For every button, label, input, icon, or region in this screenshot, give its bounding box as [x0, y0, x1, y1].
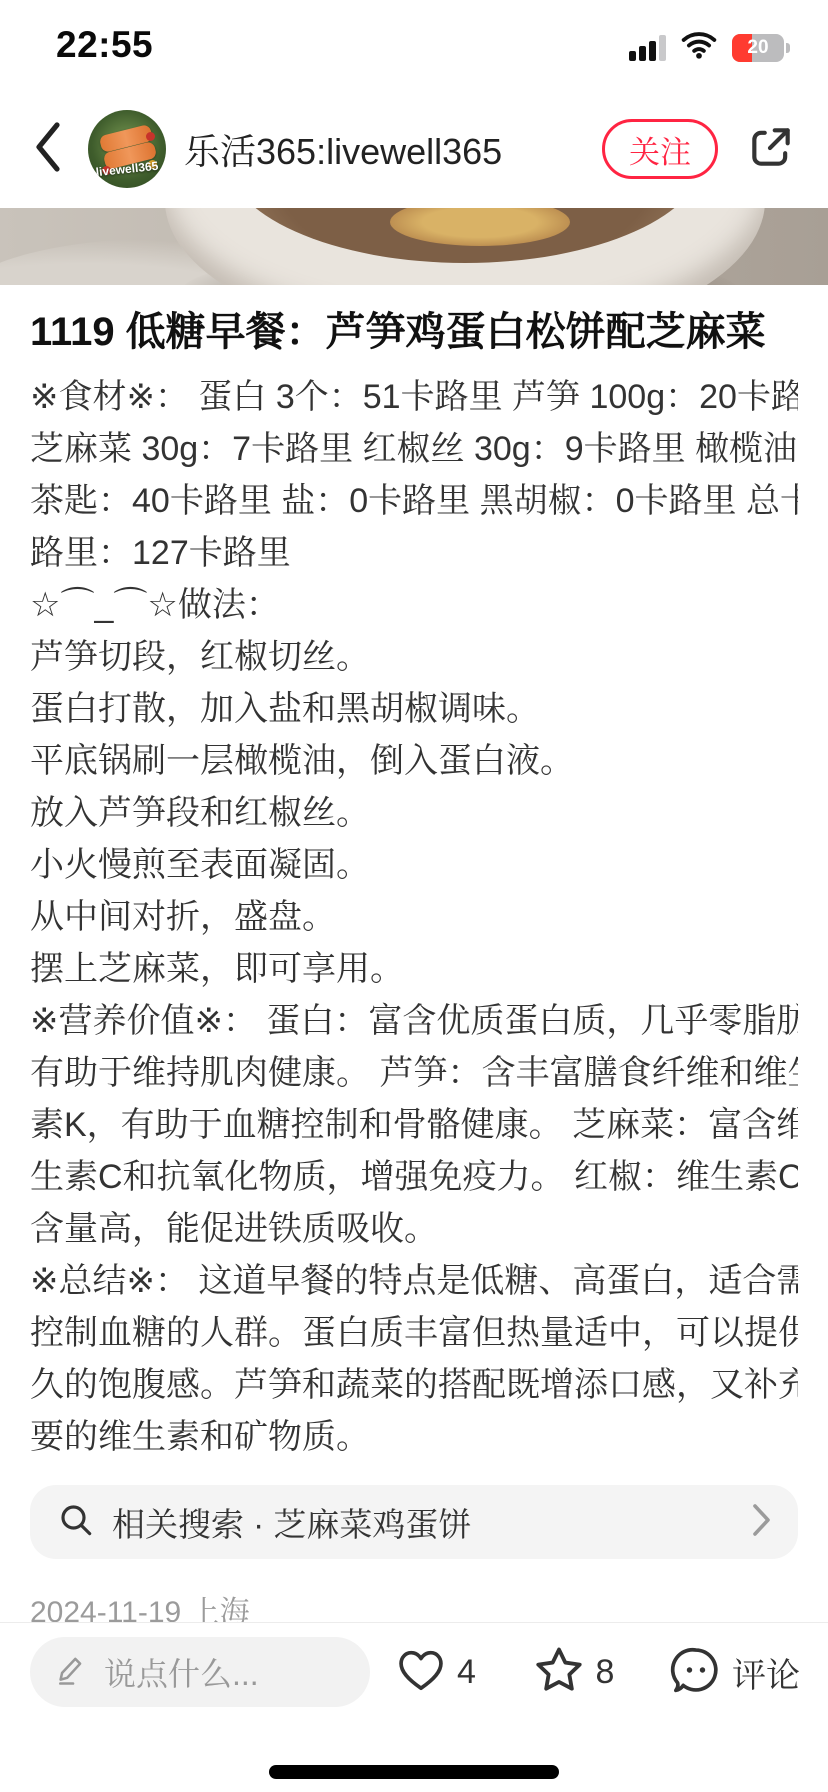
back-chevron-icon	[30, 119, 64, 180]
body-line: 芦笋切段，红椒切丝。	[30, 631, 798, 683]
comment-input[interactable]: 说点什么...	[30, 1637, 370, 1707]
wifi-icon	[680, 30, 718, 65]
cellular-signal-icon	[629, 35, 666, 61]
like-count: 4	[457, 1653, 476, 1692]
body-line: ☆⌒_⌒☆做法：	[30, 579, 798, 631]
comment-button[interactable]: 评论	[670, 1644, 800, 1701]
status-time: 22:55	[56, 24, 153, 66]
body-line: 摆上芝麻菜，即可享用。	[30, 943, 798, 995]
bottom-bar: 说点什么... 4 8	[0, 1622, 828, 1792]
action-bar: 4 8 评论	[395, 1637, 800, 1707]
body-line: 要的维生素和矿物质。	[30, 1411, 798, 1463]
body-line: 路里：127卡路里	[30, 527, 798, 579]
post-content: 1119 低糖早餐：芦笋鸡蛋白松饼配芝麻菜 ※食材※： 蛋白 3个：51卡路里 …	[0, 285, 828, 1631]
back-button[interactable]	[30, 119, 74, 179]
body-line: 小火慢煎至表面凝固。	[30, 839, 798, 891]
status-bar: 22:55 20	[0, 0, 828, 90]
post-detail-screen: 22:55 20	[0, 0, 828, 1792]
status-icons: 20	[629, 30, 790, 65]
body-line: 茶匙：40卡路里 盐：0卡路里 黑胡椒：0卡路里 总卡	[30, 475, 798, 527]
comment-placeholder: 说点什么...	[104, 1649, 259, 1695]
follow-button[interactable]: 关注	[602, 119, 718, 179]
username[interactable]: 乐活365:livewell365	[184, 124, 602, 175]
comment-bubble-icon	[670, 1644, 722, 1701]
star-icon	[532, 1643, 586, 1702]
body-line: 控制血糖的人群。蛋白质丰富但热量适中，可以提供持	[30, 1307, 798, 1359]
avatar-text: livewell365	[88, 158, 166, 180]
collect-button[interactable]: 8	[532, 1643, 615, 1702]
heart-icon	[395, 1644, 447, 1701]
comment-label: 评论	[732, 1648, 800, 1697]
related-search-label: 相关搜索 · 芝麻菜鸡蛋饼	[112, 1499, 750, 1546]
body-line: 含量高，能促进铁质吸收。	[30, 1203, 798, 1255]
avatar[interactable]: livewell365	[88, 110, 166, 188]
share-button[interactable]	[746, 124, 796, 174]
post-title: 1119 低糖早餐：芦笋鸡蛋白松饼配芝麻菜	[30, 309, 798, 355]
body-line: 平底锅刷一层橄榄油，倒入蛋白液。	[30, 735, 798, 787]
body-line: 素K，有助于血糖控制和骨骼健康。 芝麻菜：富含维	[30, 1099, 798, 1151]
body-line: 久的饱腹感。芦笋和蔬菜的搭配既增添口感，又补充必	[30, 1359, 798, 1411]
body-line: 芝麻菜 30g：7卡路里 红椒丝 30g：9卡路里 橄榄油 1	[30, 423, 798, 475]
related-search-bar[interactable]: 相关搜索 · 芝麻菜鸡蛋饼	[30, 1485, 798, 1559]
body-line: 有助于维持肌肉健康。 芦笋：含丰富膳食纤维和维生	[30, 1047, 798, 1099]
body-line: ※营养价值※： 蛋白：富含优质蛋白质，几乎零脂肪，	[30, 995, 798, 1047]
post-body: ※食材※： 蛋白 3个：51卡路里 芦笋 100g：20卡路里芝麻菜 30g：7…	[30, 371, 798, 1463]
chevron-right-icon	[750, 1502, 772, 1543]
nav-header: livewell365 乐活365:livewell365 关注	[0, 90, 828, 208]
post-photo[interactable]	[0, 208, 828, 285]
battery-icon: 20	[732, 34, 790, 62]
body-line: ※食材※： 蛋白 3个：51卡路里 芦笋 100g：20卡路里	[30, 371, 798, 423]
body-line: 生素C和抗氧化物质，增强免疫力。 红椒：维生素C	[30, 1151, 798, 1203]
search-icon	[56, 1500, 96, 1545]
body-line: 蛋白打散，加入盐和黑胡椒调味。	[30, 683, 798, 735]
home-indicator[interactable]	[269, 1765, 559, 1779]
collect-count: 8	[596, 1653, 615, 1692]
like-button[interactable]: 4	[395, 1644, 476, 1701]
body-line: ※总结※： 这道早餐的特点是低糖、高蛋白，适合需要	[30, 1255, 798, 1307]
pencil-icon	[54, 1652, 90, 1693]
body-line: 从中间对折，盛盘。	[30, 891, 798, 943]
body-line: 放入芦笋段和红椒丝。	[30, 787, 798, 839]
battery-percent: 20	[732, 34, 784, 62]
share-icon	[746, 122, 796, 177]
